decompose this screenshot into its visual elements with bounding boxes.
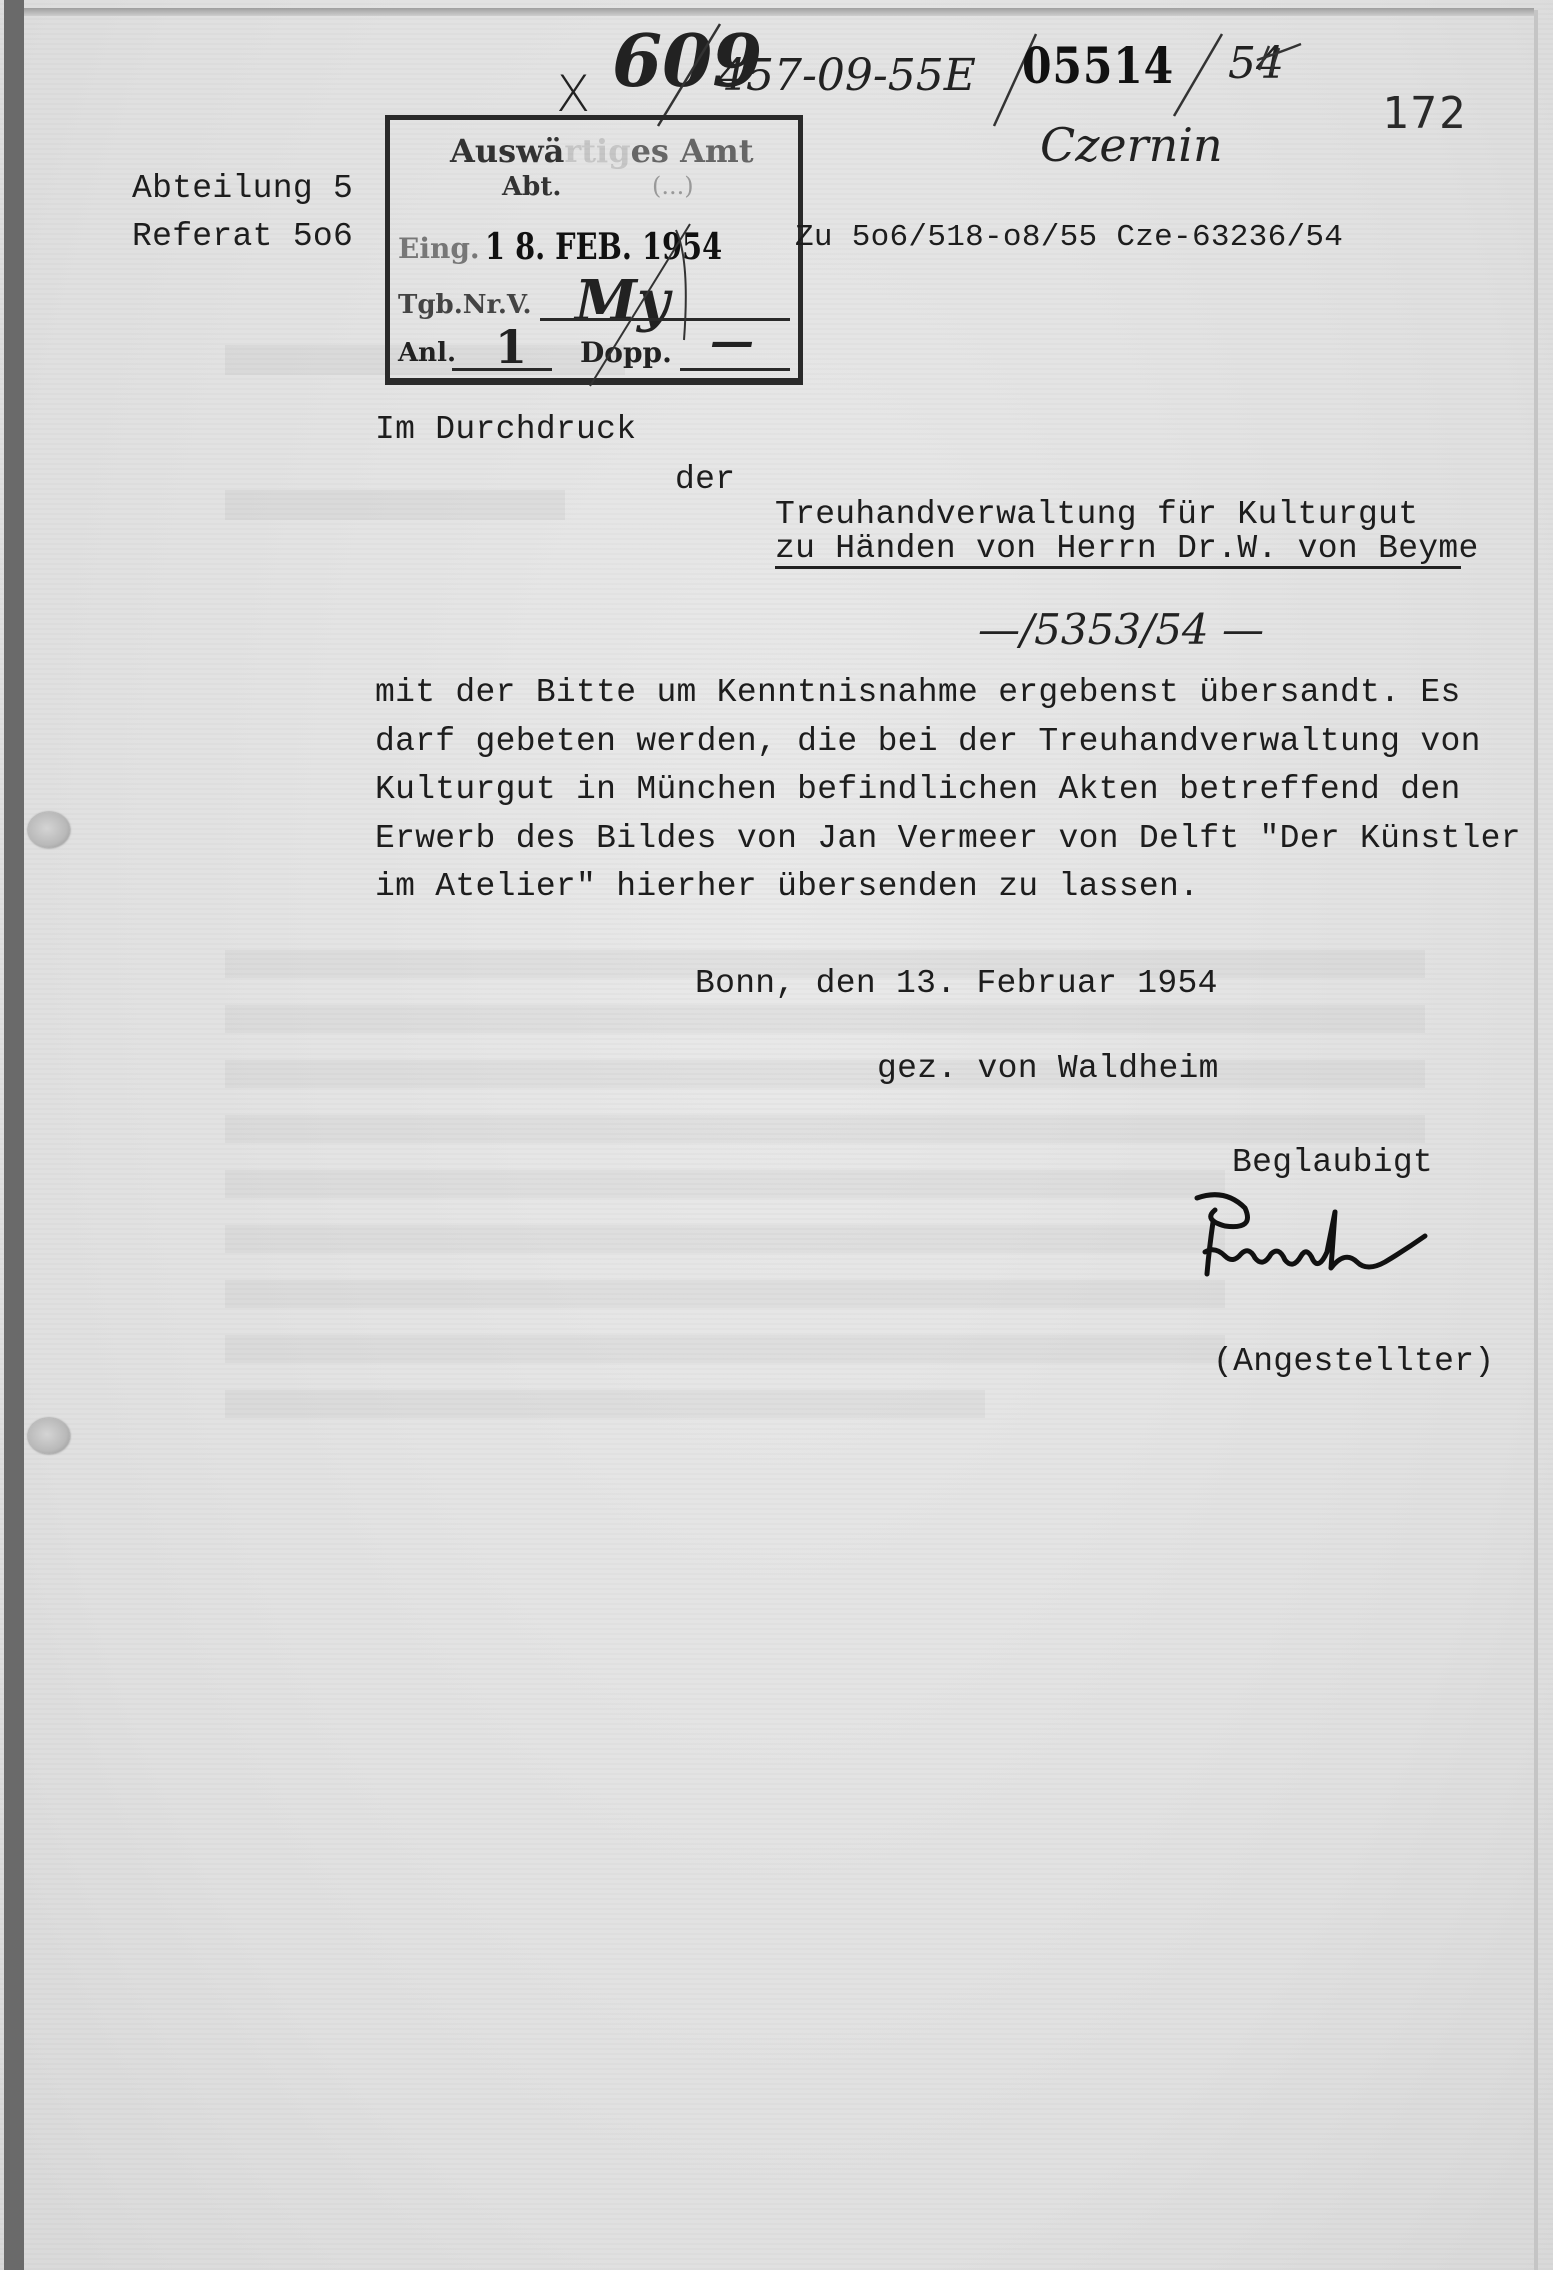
place-date: Bonn, den 13. Februar 1954 — [695, 967, 1218, 1000]
recipient-attention: zu Händen von Herrn Dr.W. von Beyme — [775, 532, 1479, 565]
body-line: Kulturgut in München befindlichen Akten … — [375, 773, 1461, 806]
body-line: im Atelier" hierher übersenden zu lassen… — [375, 870, 1199, 903]
body-line: darf gebeten werden, die bei der Treuhan… — [375, 725, 1481, 758]
scribble-mark-icon — [1255, 40, 1305, 80]
punch-hole-icon — [28, 1418, 70, 1454]
signature-icon — [1185, 1190, 1445, 1290]
handwritten-reference: —/5353/54 — — [978, 605, 1264, 654]
department: Abteilung 5 — [132, 172, 353, 205]
body-line: mit der Bitte um Kenntnisnahme ergebenst… — [375, 676, 1461, 709]
signed-by: gez. von Waldheim — [877, 1052, 1219, 1085]
stamp-duplicates-value: — — [710, 316, 754, 367]
stamp-received-label: Eing. — [398, 232, 480, 265]
stamp-journal-label: Tgb.Nr.V. — [398, 290, 532, 320]
handwritten-file-number: 457-09-55E — [718, 50, 976, 101]
stamp-enclosures-line — [452, 368, 552, 371]
right-edge-shadow — [1534, 10, 1538, 2270]
punch-hole-icon — [28, 812, 70, 848]
slash-mark-icon — [580, 220, 700, 390]
recipient-name: Treuhandverwaltung für Kulturgut — [775, 498, 1418, 531]
stamp-dept-value: (...) — [652, 172, 694, 200]
slash-mark-icon — [1170, 30, 1225, 120]
body-line: Erwerb des Bildes von Jan Vermeer von De… — [375, 822, 1521, 855]
certified-label: Beglaubigt — [1232, 1146, 1433, 1179]
stamp-office: Auswärtiges Amt — [450, 132, 754, 170]
recipient-underline — [775, 566, 1461, 569]
top-fold-shadow — [24, 8, 1534, 16]
signer-title: (Angestellter) — [1213, 1345, 1494, 1378]
stamped-number: 05514 — [1022, 36, 1174, 95]
page-number: 172 — [1382, 88, 1467, 139]
binding-edge — [4, 0, 24, 2270]
reference-number: Zu 5o6/518-o8/55 Cze-63236/54 — [795, 222, 1343, 253]
handwritten-name-note: Czernin — [1040, 118, 1223, 172]
intro-line: Im Durchdruck — [375, 413, 636, 446]
stamp-enclosures-value: 1 — [495, 320, 527, 374]
stamp-dept-label: Abt. — [502, 172, 561, 202]
stamp-enclosures-label: Anl. — [398, 338, 456, 368]
section: Referat 5o6 — [132, 220, 353, 253]
recipient-article: der — [675, 463, 735, 496]
